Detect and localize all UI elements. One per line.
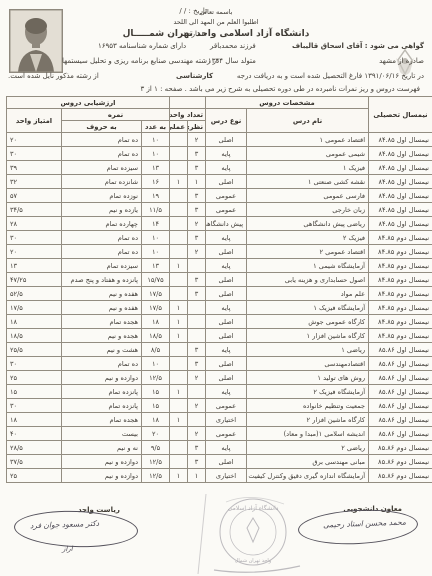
- cell-practical-units: ۱: [170, 469, 188, 483]
- cell-grade-numeric: ۱۰: [142, 147, 170, 161]
- cell-course-name: ریاضی ۲: [247, 441, 369, 455]
- cell-grade-letters: هجده تمام: [62, 413, 142, 427]
- degree-level: کارشناسی: [176, 72, 213, 80]
- cell-course-type: اصلی: [206, 133, 247, 147]
- cell-practical-units: [170, 427, 188, 441]
- cell-course-name: اقتصاد عمومی ۲: [247, 245, 369, 259]
- cell-practical-units: [170, 133, 188, 147]
- cell-grade-letters: پانزده تمام: [62, 399, 142, 413]
- cell-practical-units: [170, 147, 188, 161]
- cell-points: ۱۸: [7, 315, 62, 329]
- cell-practical-units: ۱: [170, 329, 188, 343]
- cell-grade-numeric: ۱۱/۵: [142, 203, 170, 217]
- cell-course-type: عمومی: [206, 203, 247, 217]
- cell-semester: نیمسال دوم ۸۴.۸۵: [369, 273, 432, 287]
- cell-grade-numeric: ۹/۵: [142, 441, 170, 455]
- cell-course-type: اصلی: [206, 315, 247, 329]
- cell-theory-units: ۳: [188, 231, 206, 245]
- cell-grade-letters: یازده و نیم: [62, 203, 142, 217]
- cell-grade-letters: ده تمام: [62, 357, 142, 371]
- cell-points: ۲۰: [7, 133, 62, 147]
- cell-practical-units: [170, 399, 188, 413]
- cell-semester: نیمسال دوم ۸۴.۸۵: [369, 259, 432, 273]
- cell-semester: نیمسال اول ۸۴.۸۵: [369, 175, 432, 189]
- cell-grade-letters: بیست: [62, 427, 142, 441]
- field-of-study: در رشته مهندسی صنایع برنامه ریزی و تحلیل…: [62, 57, 219, 65]
- cell-points: ۳۰: [7, 399, 62, 413]
- cell-course-type: پایه: [206, 385, 247, 399]
- cell-grade-letters: هفده و نیم: [62, 287, 142, 301]
- cell-points: ۳۰: [7, 147, 62, 161]
- col-points: امتیاز واحد: [7, 109, 62, 133]
- cell-course-name: فیزیک ۱: [247, 161, 369, 175]
- cell-practical-units: [170, 441, 188, 455]
- cell-points: ۴۰: [7, 427, 62, 441]
- cell-practical-units: ۱: [170, 259, 188, 273]
- cell-course-name: کارگاه ماشین افزار ۱: [247, 329, 369, 343]
- father-name: فرزند محمدباقر: [210, 42, 256, 50]
- cell-course-type: پایه: [206, 161, 247, 175]
- table-row: نیمسال دوم ۸۴.۸۵اصول حسابداری و هزینه یا…: [7, 273, 432, 287]
- cell-semester: نیمسال اول ۸۵.۸۶: [369, 399, 432, 413]
- cell-practical-units: [170, 273, 188, 287]
- id-number: دارای شماره شناسنامه ۱۶۹۵۳: [98, 42, 186, 50]
- table-row: نیمسال اول ۸۵.۸۶ریاضی ۱پایه۳۸/۵هشت و نیم…: [7, 343, 432, 357]
- table-row: نیمسال دوم ۸۴.۸۵آزمایشگاه شیمی ۱پایه۱۱۳س…: [7, 259, 432, 273]
- cell-course-type: اصلی: [206, 175, 247, 189]
- cell-points: ۲۵: [7, 469, 62, 483]
- cell-points: ۱۸: [7, 413, 62, 427]
- cell-course-name: اقتصادمهندسی: [247, 357, 369, 371]
- cell-points: ۳۷/۵: [7, 455, 62, 469]
- bismillah-text: باسمه تعالی: [0, 8, 432, 16]
- cell-semester: نیمسال اول ۸۵.۸۶: [369, 343, 432, 357]
- cell-semester: نیمسال اول ۸۵.۸۶: [369, 413, 432, 427]
- cell-course-type: اصلی: [206, 329, 247, 343]
- cell-practical-units: [170, 217, 188, 231]
- colgroup-evaluation: ارزشیابی دروس: [7, 97, 170, 109]
- col-grade-numeric: به عدد: [142, 121, 170, 133]
- cell-grade-letters: نوزده تمام: [62, 189, 142, 203]
- cell-grade-numeric: ۱۲/۵: [142, 371, 170, 385]
- col-grade-letters: به حروف: [62, 121, 142, 133]
- cell-theory-units: [188, 315, 206, 329]
- cell-semester: نیمسال اول ۸۴.۸۵: [369, 147, 432, 161]
- table-row: نیمسال دوم ۸۴.۸۵کارگاه ماشین افزار ۱اصلی…: [7, 329, 432, 343]
- cell-grade-letters: شانزده تمام: [62, 175, 142, 189]
- cell-course-type: اصلی: [206, 273, 247, 287]
- cell-semester: نیمسال دوم ۸۴.۸۵: [369, 329, 432, 343]
- cell-semester: نیمسال دوم ۸۴.۸۵: [369, 315, 432, 329]
- cell-points: ۱۸/۵: [7, 329, 62, 343]
- table-row: نیمسال اول ۸۵.۸۶اقتصادمهندسیاصلی۳۱۰ده تم…: [7, 357, 432, 371]
- cell-semester: نیمسال دوم ۸۵.۸۶: [369, 455, 432, 469]
- cell-grade-letters: دوازده و نیم: [62, 469, 142, 483]
- cell-points: ۳۰: [7, 231, 62, 245]
- cell-course-name: شیمی عمومی: [247, 147, 369, 161]
- cell-course-type: پایه: [206, 343, 247, 357]
- cell-grade-numeric: ۱۰: [142, 133, 170, 147]
- cell-course-type: اصلی: [206, 287, 247, 301]
- cell-semester: نیمسال اول ۸۴.۸۵: [369, 189, 432, 203]
- cell-practical-units: ۱: [170, 301, 188, 315]
- cell-course-type: پیش دانشگاهی: [206, 217, 247, 231]
- cell-course-type: عمومی: [206, 399, 247, 413]
- cell-course-name: مبانی مهندسی برق: [247, 455, 369, 469]
- university-title: دانشگاه آزاد اسلامی واحد تهران شمـــــال: [0, 29, 432, 39]
- col-semester: نیمسال تحصیلی: [369, 97, 432, 133]
- cell-points: ۵۲/۵: [7, 287, 62, 301]
- colgroup-units: تعداد واحد: [170, 109, 206, 121]
- cell-theory-units: ۳: [188, 287, 206, 301]
- cell-course-name: فیزیک ۲: [247, 231, 369, 245]
- cell-theory-units: ۳: [188, 203, 206, 217]
- cell-grade-letters: سیزده تمام: [62, 161, 142, 175]
- colgroup-grade: نمره: [62, 109, 170, 121]
- col-theory-units: نظری: [188, 121, 206, 133]
- cell-theory-units: [188, 301, 206, 315]
- cell-theory-units: [188, 329, 206, 343]
- cell-course-name: نقشه کشی صنعتی ۱: [247, 175, 369, 189]
- cell-grade-letters: دوازده و نیم: [62, 455, 142, 469]
- cell-course-type: اصلی: [206, 371, 247, 385]
- cell-grade-numeric: ۱۸: [142, 315, 170, 329]
- list-intro-page: فهرست دروس و ریز نمرات نامبرده در طی دور…: [141, 85, 420, 93]
- cell-points: ۵۷: [7, 189, 62, 203]
- cell-course-type: پایه: [206, 259, 247, 273]
- cell-theory-units: ۳: [188, 455, 206, 469]
- cell-theory-units: ۳: [188, 161, 206, 175]
- cell-practical-units: [170, 455, 188, 469]
- cell-points: ۲۸: [7, 217, 62, 231]
- cell-practical-units: [170, 245, 188, 259]
- cell-grade-letters: ده تمام: [62, 231, 142, 245]
- colgroup-units-spacer: [170, 97, 206, 109]
- cell-grade-numeric: ۱۳: [142, 259, 170, 273]
- cell-practical-units: [170, 161, 188, 175]
- cell-grade-numeric: ۲۰: [142, 427, 170, 441]
- cell-points: ۳۰: [7, 357, 62, 371]
- cell-course-type: اختیاری: [206, 413, 247, 427]
- university-stamp: دانشگاه آزاد اسلامی واحد تهران شمال: [196, 492, 306, 576]
- cell-theory-units: ۲: [188, 371, 206, 385]
- cell-grade-numeric: ۱۴: [142, 217, 170, 231]
- cell-course-name: ریاضی پیش دانشگاهی: [247, 217, 369, 231]
- cell-practical-units: ۱: [170, 413, 188, 427]
- cell-practical-units: [170, 343, 188, 357]
- table-row: نیمسال دوم ۸۴.۸۵آزمایشگاه فیزیک ۱پایه۱۱۷…: [7, 301, 432, 315]
- cell-course-name: اصول حسابداری و هزینه یابی: [247, 273, 369, 287]
- colgroup-specs: مشخصات دروس: [206, 97, 369, 109]
- cell-points: ۳۹: [7, 161, 62, 175]
- cell-semester: نیمسال اول ۸۴.۸۵: [369, 133, 432, 147]
- cell-grade-letters: پانزده تمام: [62, 385, 142, 399]
- cell-grade-letters: دوازده و نیم: [62, 371, 142, 385]
- cell-grade-numeric: ۱۰: [142, 231, 170, 245]
- cell-semester: نیمسال اول ۸۴.۸۵: [369, 217, 432, 231]
- cell-practical-units: [170, 287, 188, 301]
- cell-course-type: اصلی: [206, 455, 247, 469]
- cell-course-name: ریاضی ۱: [247, 343, 369, 357]
- president-signature-scribble: اراز: [62, 545, 73, 553]
- table-row: نیمسال دوم ۸۴.۸۵کارگاه عمومی جوشاصلی۱۱۸ه…: [7, 315, 432, 329]
- cell-grade-numeric: ۱۵: [142, 385, 170, 399]
- stamp-text-top: دانشگاه آزاد اسلامی: [228, 503, 279, 512]
- cell-course-type: پایه: [206, 441, 247, 455]
- cell-semester: نیمسال دوم ۸۴.۸۵: [369, 231, 432, 245]
- cell-grade-numeric: ۱۶: [142, 175, 170, 189]
- graduation-date-text: در تاریخ ۱۳۹۱/۰۶/۱۶ فارغ التحصیل شده است…: [237, 72, 424, 80]
- cell-semester: نیمسال اول ۸۵.۸۶: [369, 357, 432, 371]
- cell-grade-numeric: ۱۰: [142, 245, 170, 259]
- table-row: نیمسال اول ۸۴.۸۵ریاضی پیش دانشگاهیپیش دا…: [7, 217, 432, 231]
- cell-course-type: عمومی: [206, 189, 247, 203]
- table-row: نیمسال اول ۸۴.۸۵فیزیک ۱پایه۳۱۳سیزده تمام…: [7, 161, 432, 175]
- cell-course-name: اندیشه اسلامی ۱(مبدا و معاد): [247, 427, 369, 441]
- table-row: نیمسال دوم ۸۵.۸۶ریاضی ۲پایه۳۹/۵نه و نیم۲…: [7, 441, 432, 455]
- cell-semester: نیمسال دوم ۸۴.۸۵: [369, 245, 432, 259]
- cell-course-type: پایه: [206, 231, 247, 245]
- grades-table: نیمسال تحصیلی مشخصات دروس ارزشیابی دروس …: [6, 96, 432, 483]
- table-row: نیمسال اول ۸۵.۸۶آزمایشگاه فیزیک ۲پایه۱۱۵…: [7, 385, 432, 399]
- cell-theory-units: ۳: [188, 147, 206, 161]
- cell-grade-numeric: ۱۹: [142, 189, 170, 203]
- cell-semester: نیمسال دوم ۸۵.۸۶: [369, 441, 432, 455]
- cell-grade-letters: چهارده تمام: [62, 217, 142, 231]
- cell-course-type: اختیاری: [206, 469, 247, 483]
- cell-grade-numeric: ۱۸/۵: [142, 329, 170, 343]
- cell-course-name: آزمایشگاه شیمی ۱: [247, 259, 369, 273]
- cell-course-type: پایه: [206, 301, 247, 315]
- cell-course-type: اصلی: [206, 357, 247, 371]
- table-row: نیمسال اول ۸۴.۸۵نقشه کشی صنعتی ۱اصلی۱۱۱۶…: [7, 175, 432, 189]
- cell-course-type: اصلی: [206, 245, 247, 259]
- cell-practical-units: [170, 357, 188, 371]
- table-row: نیمسال اول ۸۴.۸۵فارسی عمومیعمومی۳۱۹نوزده…: [7, 189, 432, 203]
- cell-grade-letters: هفده و نیم: [62, 301, 142, 315]
- cell-course-name: زبان خارجی: [247, 203, 369, 217]
- cell-points: ۱۵: [7, 385, 62, 399]
- table-row: نیمسال دوم ۸۴.۸۵فیزیک ۲پایه۳۱۰ده تمام۳۰: [7, 231, 432, 245]
- cell-semester: نیمسال دوم ۸۵.۸۶: [369, 469, 432, 483]
- table-row: نیمسال دوم ۸۴.۸۵اقتصاد عمومی ۲اصلی۲۱۰ده …: [7, 245, 432, 259]
- cell-points: ۴۷/۲۵: [7, 273, 62, 287]
- cell-semester: نیمسال اول ۸۴.۸۵: [369, 161, 432, 175]
- cell-grade-letters: ده تمام: [62, 245, 142, 259]
- cell-practical-units: [170, 231, 188, 245]
- table-row: نیمسال اول ۸۵.۸۶کارگاه ماشین افزار ۲اختی…: [7, 413, 432, 427]
- cell-course-name: کارگاه ماشین افزار ۲: [247, 413, 369, 427]
- cell-points: ۱۷/۵: [7, 301, 62, 315]
- certify-student-name: گواهی می شود : آقای اسحاق قالیباف: [292, 42, 424, 50]
- col-practical-units: عملی: [170, 121, 188, 133]
- cell-grade-numeric: ۱۲/۵: [142, 469, 170, 483]
- cell-semester: نیمسال اول ۸۵.۸۶: [369, 385, 432, 399]
- cell-grade-numeric: ۱۷/۵: [142, 287, 170, 301]
- table-row: نیمسال اول ۸۵.۸۶اندیشه اسلامی ۱(مبدا و م…: [7, 427, 432, 441]
- cell-practical-units: ۱: [170, 315, 188, 329]
- cell-theory-units: ۳: [188, 357, 206, 371]
- cell-semester: نیمسال دوم ۸۴.۸۵: [369, 287, 432, 301]
- table-row: نیمسال اول ۸۵.۸۶روش های تولید ۱اصلی۲۱۲/۵…: [7, 371, 432, 385]
- cell-points: ۱۳: [7, 259, 62, 273]
- cell-grade-numeric: ۱۲/۵: [142, 455, 170, 469]
- cell-course-name: آزمایشگاه فیزیک ۱: [247, 301, 369, 315]
- cell-course-name: آزمایشگاه اندازه گیری دقیق وکنترل کیفیت: [247, 469, 369, 483]
- cell-grade-numeric: ۱۵/۷۵: [142, 273, 170, 287]
- cell-practical-units: [170, 203, 188, 217]
- cell-practical-units: ۱: [170, 175, 188, 189]
- cell-grade-letters: پانزده و هفتاد و پنج صدم: [62, 273, 142, 287]
- issued-from: صادره از مشهد: [379, 57, 424, 65]
- table-row: نیمسال اول ۸۴.۸۵زبان خارجیعمومی۳۱۱/۵یازد…: [7, 203, 432, 217]
- degree-tail-text: از رشته مذکور نایل شده است.: [8, 72, 99, 80]
- stamp-text-bottom: واحد تهران شمال: [235, 558, 272, 564]
- cell-points: ۲۵: [7, 371, 62, 385]
- cell-course-name: فارسی عمومی: [247, 189, 369, 203]
- cell-points: ۲۵/۵: [7, 343, 62, 357]
- cell-theory-units: ۳: [188, 343, 206, 357]
- cell-grade-numeric: ۱۳: [142, 161, 170, 175]
- cell-semester: نیمسال اول ۸۵.۸۶: [369, 371, 432, 385]
- cell-semester: نیمسال اول ۸۴.۸۵: [369, 203, 432, 217]
- motto-text: اطلبوا العلم من المهد الی اللحد: [0, 18, 432, 26]
- grades-table-header: نیمسال تحصیلی مشخصات دروس ارزشیابی دروس …: [7, 97, 432, 133]
- cell-points: ۲۰: [7, 245, 62, 259]
- cell-course-name: جمعیت وتنظیم خانواده: [247, 399, 369, 413]
- cell-grade-letters: هجده و نیم: [62, 329, 142, 343]
- cell-theory-units: ۳: [188, 273, 206, 287]
- cell-grade-numeric: ۱۸: [142, 413, 170, 427]
- cell-theory-units: ۳: [188, 441, 206, 455]
- cell-course-type: عمومی: [206, 427, 247, 441]
- cell-grade-letters: هشت و نیم: [62, 343, 142, 357]
- cell-grade-numeric: ۱۵: [142, 399, 170, 413]
- table-row: نیمسال اول ۸۵.۸۶جمعیت وتنظیم خانوادهعموم…: [7, 399, 432, 413]
- table-row: نیمسال دوم ۸۵.۸۶مبانی مهندسی برقاصلی۳۱۲/…: [7, 455, 432, 469]
- table-row: نیمسال اول ۸۴.۸۵اقتصاد عمومی ۱اصلی۲۱۰ده …: [7, 133, 432, 147]
- cell-grade-letters: ده تمام: [62, 133, 142, 147]
- cell-theory-units: ۱: [188, 175, 206, 189]
- cell-semester: نیمسال دوم ۸۴.۸۵: [369, 301, 432, 315]
- cell-points: ۳۲: [7, 175, 62, 189]
- cell-theory-units: ۲: [188, 245, 206, 259]
- cell-points: ۳۴/۵: [7, 203, 62, 217]
- table-row: نیمسال دوم ۸۴.۸۵علم مواداصلی۳۱۷/۵هفده و …: [7, 287, 432, 301]
- cell-practical-units: [170, 189, 188, 203]
- cell-course-name: آزمایشگاه فیزیک ۲: [247, 385, 369, 399]
- cell-grade-letters: هجده تمام: [62, 315, 142, 329]
- grades-table-body: نیمسال اول ۸۴.۸۵اقتصاد عمومی ۱اصلی۲۱۰ده …: [7, 133, 432, 483]
- cell-theory-units: ۳: [188, 189, 206, 203]
- cell-grade-numeric: ۱۷/۵: [142, 301, 170, 315]
- table-row: نیمسال اول ۸۴.۸۵شیمی عمومیپایه۳۱۰ده تمام…: [7, 147, 432, 161]
- cell-theory-units: ۱: [188, 469, 206, 483]
- cell-theory-units: ۲: [188, 427, 206, 441]
- cell-practical-units: ۱: [170, 385, 188, 399]
- cell-points: ۲۸/۵: [7, 441, 62, 455]
- transcript-page: تاریخ : / / شماره : باسمه تعالی اطلبوا ا…: [0, 0, 432, 576]
- cell-grade-letters: ده تمام: [62, 147, 142, 161]
- cell-course-name: کارگاه عمومی جوش: [247, 315, 369, 329]
- table-row: نیمسال دوم ۸۵.۸۶آزمایشگاه اندازه گیری دق…: [7, 469, 432, 483]
- cell-course-name: علم مواد: [247, 287, 369, 301]
- cell-course-name: اقتصاد عمومی ۱: [247, 133, 369, 147]
- cell-grade-numeric: ۱۰: [142, 357, 170, 371]
- cell-grade-letters: نه و نیم: [62, 441, 142, 455]
- cell-theory-units: ۲: [188, 217, 206, 231]
- cell-grade-numeric: ۸/۵: [142, 343, 170, 357]
- cell-grade-letters: سیزده تمام: [62, 259, 142, 273]
- cell-theory-units: [188, 259, 206, 273]
- cell-practical-units: [170, 371, 188, 385]
- cell-theory-units: ۲: [188, 133, 206, 147]
- col-course-name: نام درس: [247, 109, 369, 133]
- cell-course-name: روش های تولید ۱: [247, 371, 369, 385]
- cell-course-type: پایه: [206, 147, 247, 161]
- col-course-type: نوع درس: [206, 109, 247, 133]
- cell-theory-units: [188, 385, 206, 399]
- cell-theory-units: ۲: [188, 399, 206, 413]
- cell-semester: نیمسال اول ۸۵.۸۶: [369, 427, 432, 441]
- cell-theory-units: [188, 413, 206, 427]
